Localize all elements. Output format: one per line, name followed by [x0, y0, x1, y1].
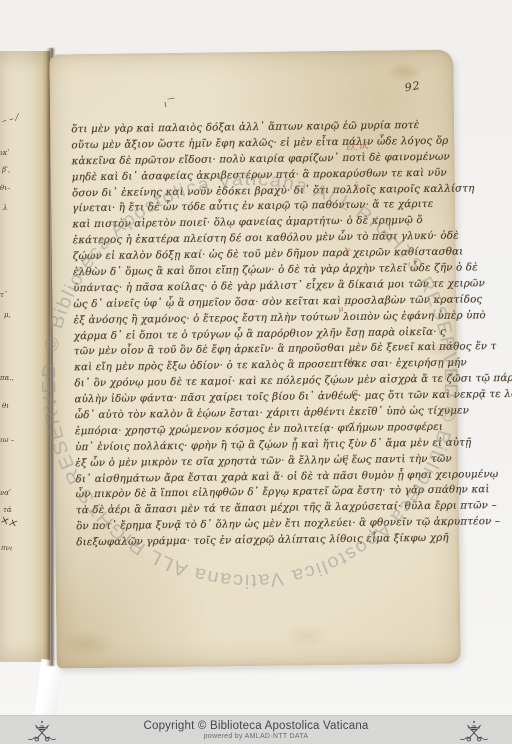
ink-marginal-note: ο∣ς — [345, 356, 357, 366]
footer-powered-by-text: powered by AMLAD·NTT DATA — [0, 733, 512, 740]
copyright-bar: Copyright © Biblioteca Apostolica Vatica… — [0, 715, 512, 744]
ink-marginalia-group: ι⁀ο∣ςϾϛʹϾ — [49, 50, 453, 55]
facing-page-ink-fragment: ⨯ᝣ — [0, 516, 17, 529]
facing-page-ink-fragment: πνι — [1, 543, 13, 552]
vatican-crest-icon — [458, 719, 490, 743]
digitized-manuscript-view: 92 ὅτι μὲν γὰρ καὶ παλαιὸς δόξαι ἀλλ᾽ ἅπ… — [0, 0, 512, 744]
ink-marginal-note: ι⁀ — [163, 98, 174, 109]
facing-page-ink-fragment: θι– — [0, 184, 10, 192]
ink-marginal-note: ϛʹ — [347, 420, 355, 430]
manuscript-text: ὅτι μὲν γὰρ καὶ παλαιὸς δόξαι ἀλλ᾽ ἅπτων… — [71, 119, 354, 551]
footer-copyright-text: Copyright © Biblioteca Apostolica Vatica… — [0, 720, 512, 732]
red-marginalia-group: ἐλ͵ πϛ̄ῦ‿ϛ·μ῀ — [49, 50, 453, 55]
facing-page-ink-fragment: θι — [2, 402, 9, 410]
facing-page-ink-fragment: πα., — [0, 374, 14, 382]
facing-page-ink-fragment: ικʹ — [0, 149, 9, 157]
facing-page-ink-fragment: λ — [3, 204, 7, 212]
facing-page-edge — [0, 51, 50, 662]
red-marginal-note: ῦ‿ — [354, 181, 365, 190]
manuscript-page: 92 ὅτι μὲν γὰρ καὶ παλαιὸς δόξαι ἀλλ᾽ ἅπ… — [49, 50, 460, 669]
red-marginal-note: μ῀ — [338, 304, 348, 313]
facing-page-ink-fragment: ιω – — [0, 436, 14, 444]
vatican-crest-icon — [26, 719, 58, 743]
facing-page-ink-fragment: μ, — [4, 311, 11, 319]
ink-marginal-note: Ͼ — [342, 454, 348, 463]
ink-marginal-note: Ͼ — [351, 389, 357, 398]
red-marginal-note: ἐλ͵ πϛ̄ — [346, 141, 369, 152]
folio-number: 92 — [404, 79, 422, 95]
facing-page-ink-fragment: τ᾽ — [0, 291, 7, 299]
red-marginal-note: ϛ· — [346, 247, 353, 255]
facing-page-ink-fragment: βʹ, — [2, 166, 10, 174]
manuscript-line: διεξωφαλῶν γράμμα· τοῖς ἐν αἰσχρῷ ἀλίπτα… — [76, 532, 354, 551]
facing-page-ink-fragment: ναʹ — [0, 489, 11, 497]
